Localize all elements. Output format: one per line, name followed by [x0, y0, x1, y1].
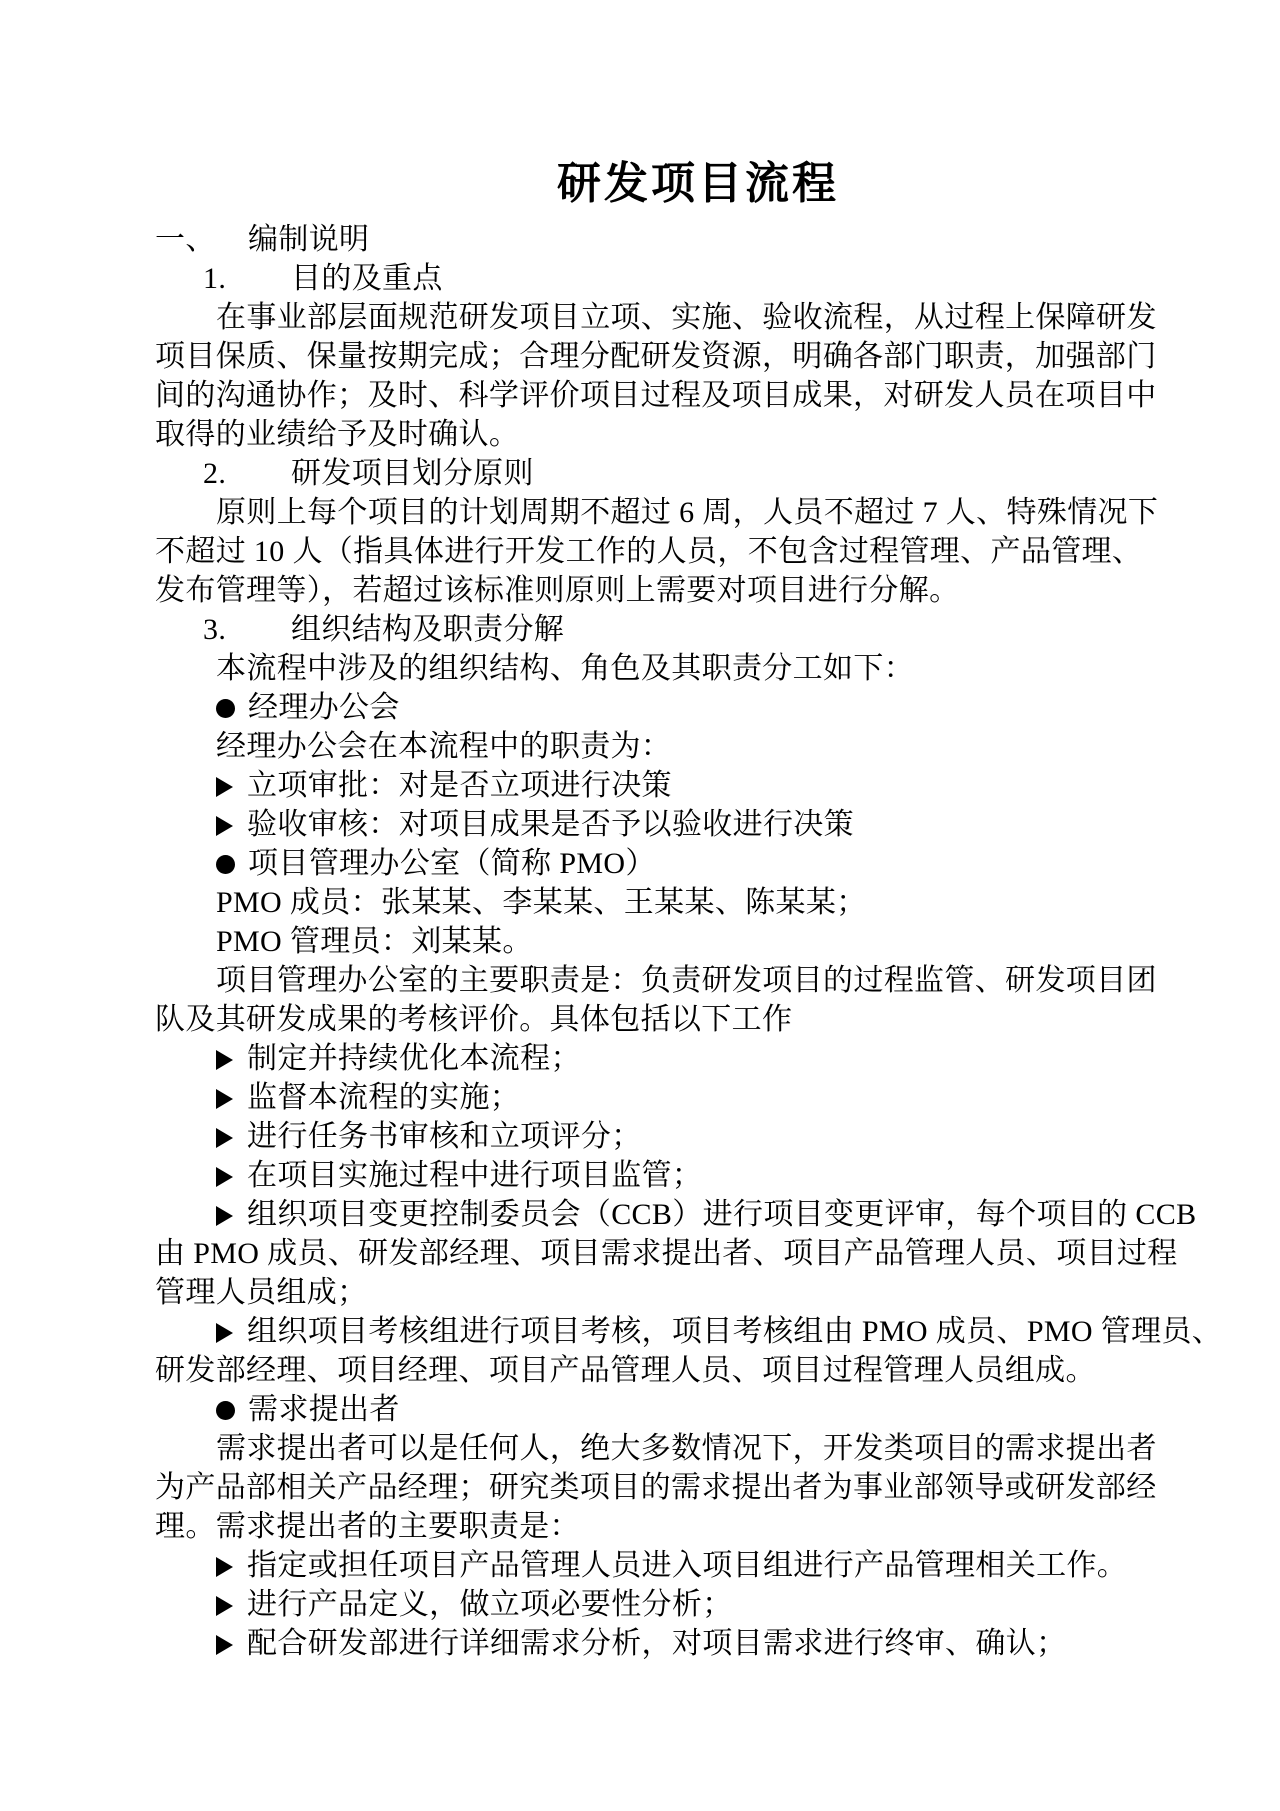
line-text: 经理办公会	[248, 691, 400, 724]
arrow-bullet-icon	[216, 1323, 233, 1343]
item-number: 1.	[203, 259, 291, 298]
line-text: 配合研发部进行详细需求分析，对项目需求进行终审、确认；	[247, 1627, 1066, 1660]
text-line: 在事业部层面规范研发项目立项、实施、验收流程，从过程上保障研发	[155, 298, 1167, 337]
line-text: 进行产品定义，做立项必要性分析；	[247, 1588, 733, 1621]
text-line: 组织项目考核组进行项目考核，项目考核组由 PMO 成员、PMO 管理员、	[155, 1312, 1167, 1351]
line-text: 立项审批：对是否立项进行决策	[247, 769, 672, 802]
text-line: PMO 成员：张某某、李某某、王某某、陈某某；	[155, 883, 1167, 922]
text-line: 项目管理办公室的主要职责是：负责研发项目的过程监管、研发项目团	[155, 961, 1167, 1000]
arrow-bullet-icon	[216, 816, 233, 836]
text-line: 理。需求提出者的主要职责是：	[155, 1507, 1167, 1546]
line-text: 指定或担任项目产品管理人员进入项目组进行产品管理相关工作。	[247, 1549, 1127, 1582]
line-text: 编制说明	[248, 223, 369, 256]
text-line: 经理办公会	[155, 688, 1167, 727]
line-text: 制定并持续优化本流程；	[247, 1042, 581, 1075]
arrow-bullet-icon	[216, 1206, 233, 1226]
arrow-bullet-icon	[216, 1128, 233, 1148]
arrow-bullet-icon	[216, 1167, 233, 1187]
line-text: 本流程中涉及的组织结构、角色及其职责分工如下：	[216, 652, 914, 685]
text-line: 原则上每个项目的计划周期不超过 6 周，人员不超过 7 人、特殊情况下	[155, 493, 1167, 532]
text-line: 监督本流程的实施；	[155, 1078, 1167, 1117]
text-line: 一、编制说明	[155, 220, 1167, 259]
text-line: 进行产品定义，做立项必要性分析；	[155, 1585, 1167, 1624]
arrow-bullet-icon	[216, 1635, 233, 1655]
line-text: 经理办公会在本流程中的职责为：	[216, 730, 671, 763]
line-text: 间的沟通协作；及时、科学评价项目过程及项目成果，对研发人员在项目中	[155, 379, 1157, 412]
line-text: 在项目实施过程中进行项目监管；	[247, 1159, 702, 1192]
line-text: 原则上每个项目的计划周期不超过 6 周，人员不超过 7 人、特殊情况下	[216, 496, 1158, 529]
text-line: 验收审核：对项目成果是否予以验收进行决策	[155, 805, 1167, 844]
arrow-bullet-icon	[216, 1089, 233, 1109]
text-line: 本流程中涉及的组织结构、角色及其职责分工如下：	[155, 649, 1167, 688]
text-line: 队及其研发成果的考核评价。具体包括以下工作	[155, 1000, 1167, 1039]
text-line: 指定或担任项目产品管理人员进入项目组进行产品管理相关工作。	[155, 1546, 1167, 1585]
line-text: 研发项目划分原则	[291, 457, 534, 490]
line-text: 由 PMO 成员、研发部经理、项目需求提出者、项目产品管理人员、项目过程	[155, 1237, 1178, 1270]
text-line: 为产品部相关产品经理；研究类项目的需求提出者为事业部领导或研发部经	[155, 1468, 1167, 1507]
text-line: 管理人员组成；	[155, 1273, 1167, 1312]
line-text: 队及其研发成果的考核评价。具体包括以下工作	[155, 1003, 792, 1036]
line-text: 项目管理办公室（简称 PMO）	[248, 847, 656, 880]
line-text: PMO 管理员：刘某某。	[216, 925, 533, 958]
text-line: 3.组织结构及职责分解	[155, 610, 1167, 649]
text-line: 立项审批：对是否立项进行决策	[155, 766, 1167, 805]
page-body: 一、编制说明1.目的及重点在事业部层面规范研发项目立项、实施、验收流程，从过程上…	[155, 220, 1167, 1663]
text-line: 不超过 10 人（指具体进行开发工作的人员，不包含过程管理、产品管理、	[155, 532, 1167, 571]
bullet-dot-icon	[216, 1401, 235, 1420]
line-text: 为产品部相关产品经理；研究类项目的需求提出者为事业部领导或研发部经	[155, 1471, 1157, 1504]
text-line: 需求提出者可以是任何人，绝大多数情况下，开发类项目的需求提出者	[155, 1429, 1167, 1468]
text-line: 制定并持续优化本流程；	[155, 1039, 1167, 1078]
line-text: PMO 成员：张某某、李某某、王某某、陈某某；	[216, 886, 867, 919]
line-text: 理。需求提出者的主要职责是：	[155, 1510, 580, 1543]
line-text: 项目管理办公室的主要职责是：负责研发项目的过程监管、研发项目团	[216, 964, 1157, 997]
text-line: 项目保质、保量按期完成；合理分配研发资源，明确各部门职责，加强部门	[155, 337, 1167, 376]
bullet-dot-icon	[216, 699, 235, 718]
line-text: 组织项目变更控制委员会（CCB）进行项目变更评审，每个项目的 CCB	[247, 1198, 1196, 1231]
text-line: 项目管理办公室（简称 PMO）	[155, 844, 1167, 883]
line-text: 需求提出者可以是任何人，绝大多数情况下，开发类项目的需求提出者	[216, 1432, 1157, 1465]
text-line: 2.研发项目划分原则	[155, 454, 1167, 493]
line-text: 进行任务书审核和立项评分；	[247, 1120, 642, 1153]
arrow-bullet-icon	[216, 1557, 233, 1577]
arrow-bullet-icon	[216, 777, 233, 797]
bullet-dot-icon	[216, 855, 235, 874]
item-number: 2.	[203, 454, 291, 493]
text-line: 需求提出者	[155, 1390, 1167, 1429]
item-number: 3.	[203, 610, 291, 649]
section-number: 一、	[155, 220, 248, 259]
line-text: 组织结构及职责分解	[291, 613, 564, 646]
document-title: 研发项目流程	[557, 160, 839, 208]
line-text: 在事业部层面规范研发项目立项、实施、验收流程，从过程上保障研发	[216, 301, 1157, 334]
line-text: 不超过 10 人（指具体进行开发工作的人员，不包含过程管理、产品管理、	[155, 535, 1142, 568]
line-text: 验收审核：对项目成果是否予以验收进行决策	[247, 808, 854, 841]
line-text: 取得的业绩给予及时确认。	[155, 418, 519, 451]
line-text: 需求提出者	[248, 1393, 400, 1426]
text-line: 组织项目变更控制委员会（CCB）进行项目变更评审，每个项目的 CCB	[155, 1195, 1167, 1234]
text-line: 经理办公会在本流程中的职责为：	[155, 727, 1167, 766]
text-line: 发布管理等），若超过该标准则原则上需要对项目进行分解。	[155, 571, 1167, 610]
text-line: 由 PMO 成员、研发部经理、项目需求提出者、项目产品管理人员、项目过程	[155, 1234, 1167, 1273]
line-text: 监督本流程的实施；	[247, 1081, 520, 1114]
arrow-bullet-icon	[216, 1596, 233, 1616]
text-line: 配合研发部进行详细需求分析，对项目需求进行终审、确认；	[155, 1624, 1167, 1663]
text-line: 取得的业绩给予及时确认。	[155, 415, 1167, 454]
line-text: 目的及重点	[291, 262, 443, 295]
arrow-bullet-icon	[216, 1050, 233, 1070]
text-line: 间的沟通协作；及时、科学评价项目过程及项目成果，对研发人员在项目中	[155, 376, 1167, 415]
text-line: 研发部经理、项目经理、项目产品管理人员、项目过程管理人员组成。	[155, 1351, 1167, 1390]
line-text: 发布管理等），若超过该标准则原则上需要对项目进行分解。	[155, 574, 959, 607]
text-line: 进行任务书审核和立项评分；	[155, 1117, 1167, 1156]
document-page: 研发项目流程 一、编制说明1.目的及重点在事业部层面规范研发项目立项、实施、验收…	[0, 0, 1280, 1811]
text-line: 在项目实施过程中进行项目监管；	[155, 1156, 1167, 1195]
text-line: PMO 管理员：刘某某。	[155, 922, 1167, 961]
line-text: 研发部经理、项目经理、项目产品管理人员、项目过程管理人员组成。	[155, 1354, 1096, 1387]
line-text: 项目保质、保量按期完成；合理分配研发资源，明确各部门职责，加强部门	[155, 340, 1157, 373]
line-text: 管理人员组成；	[155, 1276, 367, 1309]
line-text: 组织项目考核组进行项目考核，项目考核组由 PMO 成员、PMO 管理员、	[247, 1315, 1222, 1348]
text-line: 1.目的及重点	[155, 259, 1167, 298]
